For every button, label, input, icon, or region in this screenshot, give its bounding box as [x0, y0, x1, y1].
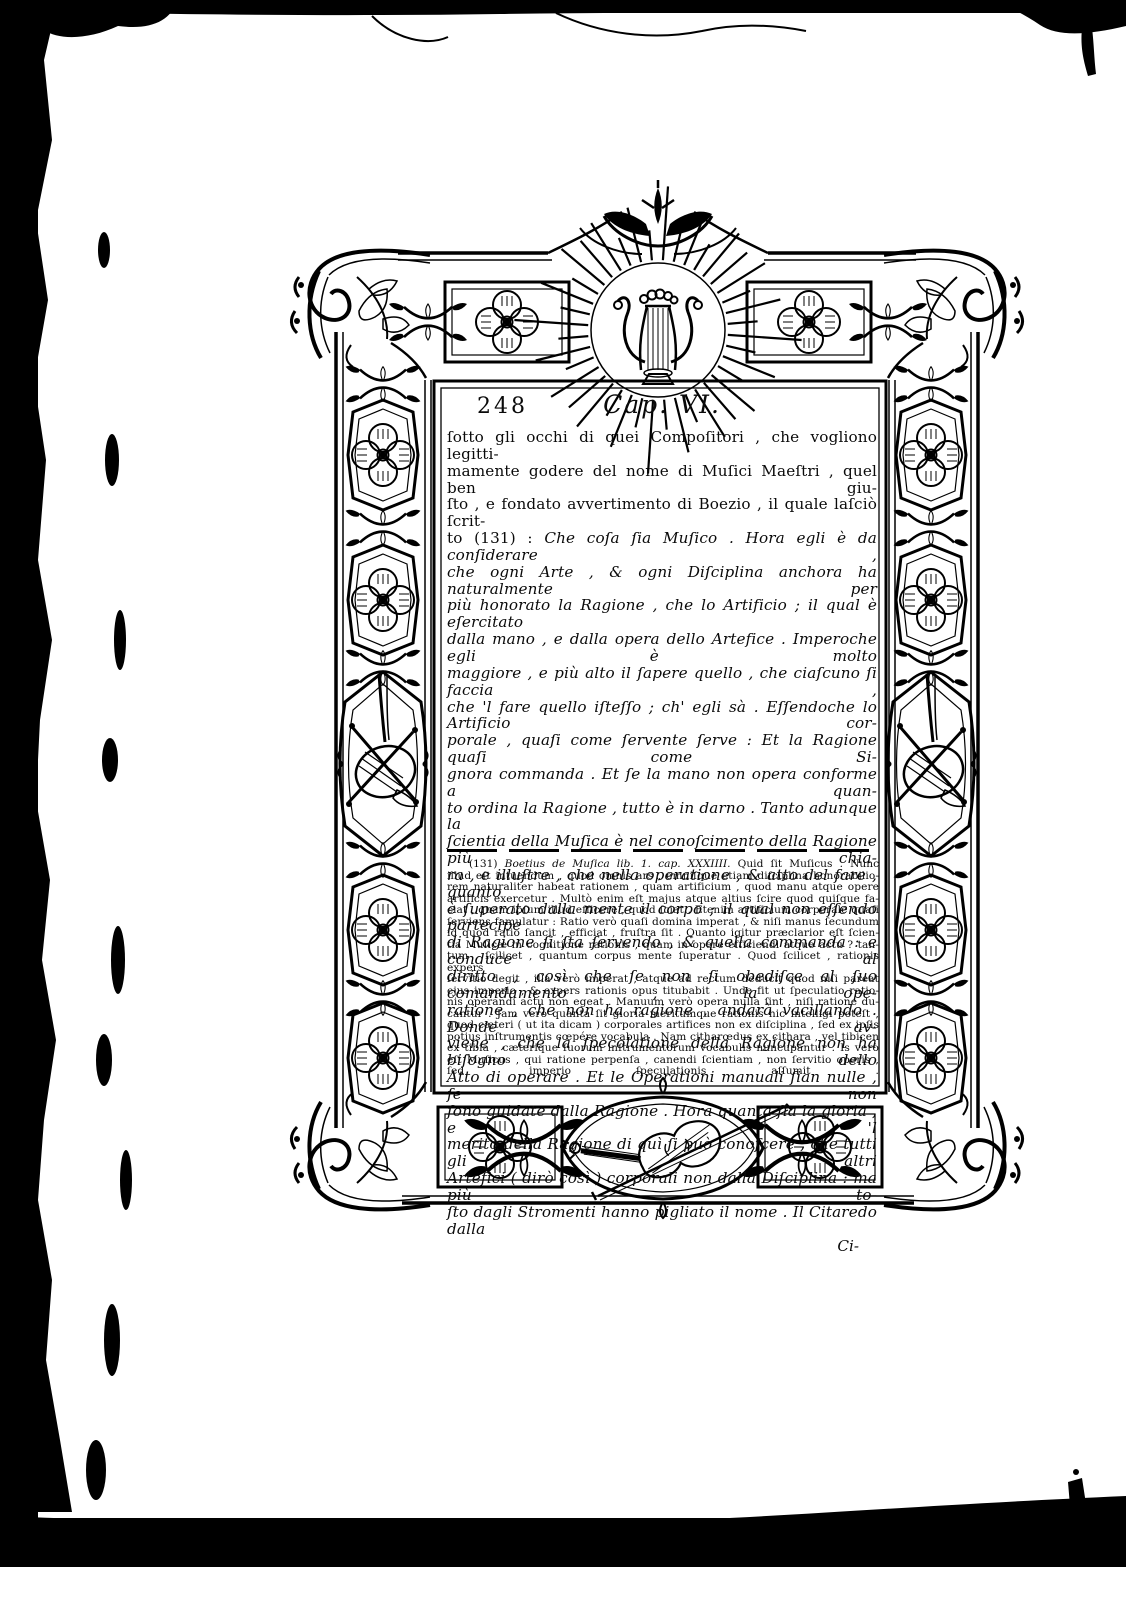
text-line: rem naturaliter habeat rationem , quam a… [447, 882, 879, 894]
text-line: ex tibia , cæterique ſuorum inſtrumentor… [447, 1043, 879, 1055]
text-line: tum , ſcilicet , quantum corpus mente ſu… [447, 951, 879, 974]
chapter-heading: Cap. VI. [447, 390, 877, 419]
catchword: Ci- [447, 1238, 877, 1255]
text-line: ſed imperio ſpeculationis aſſumit . [447, 1066, 879, 1078]
footnote-first-rest: Quid ſit Muſicus . Nunc [731, 858, 880, 870]
text-line: porale , quaſi come ſervente ſerve : Et … [447, 732, 877, 766]
text-line: mamente godere del nome di Muſici Maeſtr… [447, 463, 877, 497]
text-line: id quod ratio ſancit , efficiat , fruſtr… [447, 928, 879, 940]
footnote-first-line: (131) Boetius de Muſica lib. 1. cap. XXX… [447, 859, 879, 871]
mixed-roman: to (131) : [447, 529, 544, 547]
scan-bottom-band [0, 1469, 1126, 1566]
footnote-rule [447, 849, 879, 852]
text-line: ſto , e fondato avvertimento di Boezio ,… [447, 496, 877, 530]
footnote: (131) Boetius de Muſica lib. 1. cap. XXX… [447, 849, 879, 1078]
text-line: merito della Ragione di quì ſi può conoſ… [447, 1136, 877, 1170]
text-line: maggiore , e più alto il ſapere quello ,… [447, 665, 877, 699]
text-line: gnora commanda . Et ſe la mano non opera… [447, 766, 877, 800]
text-line: più honorato la Ragione , che lo Artific… [447, 597, 877, 631]
text-line: ſono guidate dalla Ragione . Hora quanta… [447, 1103, 877, 1137]
text-line: ſervitio degit , illa verò imperat , atq… [447, 974, 879, 986]
page-header: 248 Cap. VI. [447, 390, 877, 424]
text-line: to ordina la Ragione , tutto è in darno … [447, 800, 877, 834]
footnote-citation: Boetius de Muſica lib. 1. cap. XXXIIII. [505, 858, 731, 870]
main-mixed-line: to (131) : Che coſa ſia Muſico . Hora eg… [447, 530, 877, 564]
text-line: quod cæteri ( ut ita dicam ) corporales … [447, 1020, 879, 1032]
text-line: che ogni Arte , & ogni Diſciplina anchor… [447, 564, 877, 598]
text-line: ſto dagli Stromenti hanno pigliato il no… [447, 1204, 877, 1238]
text-line: dalla mano , e dalla opera dello Artefic… [447, 631, 877, 665]
text-line: ciat , quam ipſum illud efficere , quod … [447, 905, 879, 917]
scan-torn-edge-left [0, 0, 132, 1512]
text-line: che 'l fare quello iſteſſo ; ch' egli sà… [447, 699, 877, 733]
scan-bottom-margin [0, 1567, 1126, 1600]
page-scan: 248 Cap. VI. ſotto gli occhi di quei Com… [0, 0, 1126, 1600]
scan-top-band [0, 0, 1126, 41]
text-line: ſotto gli occhi di quei Compoſitori , ch… [447, 429, 877, 463]
text-line: nis operandi actu non egeat . Manuum ver… [447, 997, 879, 1009]
text-line: Artefici ( dirò così ) corporali non dal… [447, 1170, 877, 1204]
footnote-body: illud eſt intuendum , quod omnis ars , o… [447, 871, 879, 1078]
footnote-number: (131) [469, 858, 505, 870]
scan-blob-top-right [996, 0, 1126, 76]
main-roman-intro: ſotto gli occhi di quei Compoſitori , ch… [447, 429, 877, 530]
main-text: ſotto gli occhi di quei Compoſitori , ch… [447, 429, 877, 1255]
